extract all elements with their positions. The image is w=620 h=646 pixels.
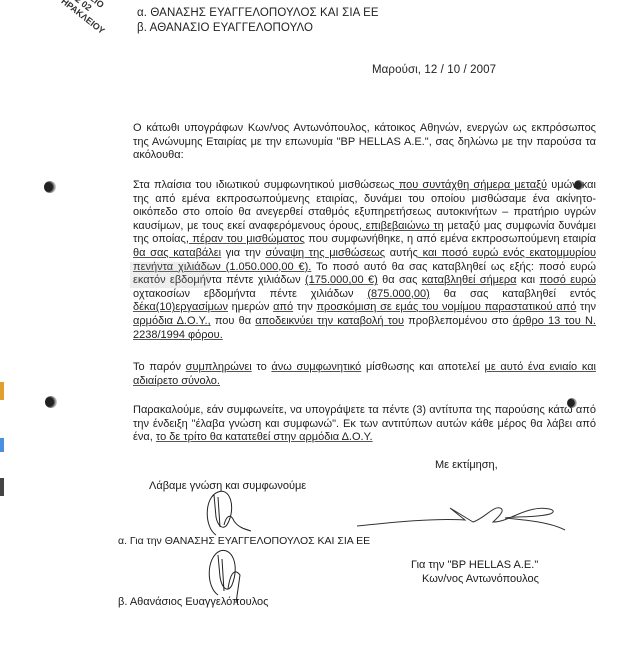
main-paragraph: Στα πλαίσια του ιδιωτικού συμφωνητικού μ… xyxy=(133,179,596,342)
request-paragraph: Παρακαλούμε, εάν συμφωνείτε, να υπογράψε… xyxy=(133,404,596,445)
signatory-b-label: β. Αθανάσιος Ευαγγελόπουλος xyxy=(118,596,268,608)
signature-company xyxy=(355,500,570,536)
scan-edge-dark xyxy=(0,478,4,496)
intro-paragraph: Ο κάτωθι υπογράφων Κων/νος Αντωνόπουλος,… xyxy=(133,122,596,163)
request-text: Παρακαλούμε, εάν συμφωνείτε, να υπογράψε… xyxy=(133,404,596,445)
recipient-a: α. ΘΑΝΑΣΗΣ ΕΥΑΓΓΕΛΟΠΟΥΛΟΣ ΚΑΙ ΣΙΑ ΕΕ xyxy=(137,7,379,19)
main-text: Στα πλαίσια του ιδιωτικού συμφωνητικού μ… xyxy=(133,179,596,342)
supplement-paragraph: Το παρόν συμπληρώνει το άνω συμφωνητικό … xyxy=(133,361,596,388)
punch-hole-icon xyxy=(45,396,57,408)
signature-a xyxy=(196,487,256,537)
intro-text: Ο κάτωθι υπογράφων Κων/νος Αντωνόπουλος,… xyxy=(133,122,596,163)
punch-hole-icon xyxy=(44,181,56,193)
recipient-b: β. ΑΘΑΝΑΣΙΟ ΕΥΑΓΓΕΛΟΠΟΥΛΟ xyxy=(137,22,313,34)
place-date: Μαρούσι, 12 / 10 / 2007 xyxy=(372,64,496,76)
company-signer: Κων/νος Αντωνόπουλος xyxy=(422,573,539,585)
company-label: Για την "BP HELLAS A.E." xyxy=(411,559,538,571)
supplement-text: Το παρόν συμπληρώνει το άνω συμφωνητικό … xyxy=(133,361,596,388)
scan-edge-blue xyxy=(0,438,4,452)
scan-edge-orange xyxy=(0,382,4,400)
stamp: ΣΩΜΕΙΟ 712 02 ΗΡΑΚΛΕΙΟΥ xyxy=(51,0,125,52)
scan-smudge xyxy=(130,262,210,288)
closing: Με εκτίμηση, xyxy=(435,459,498,471)
